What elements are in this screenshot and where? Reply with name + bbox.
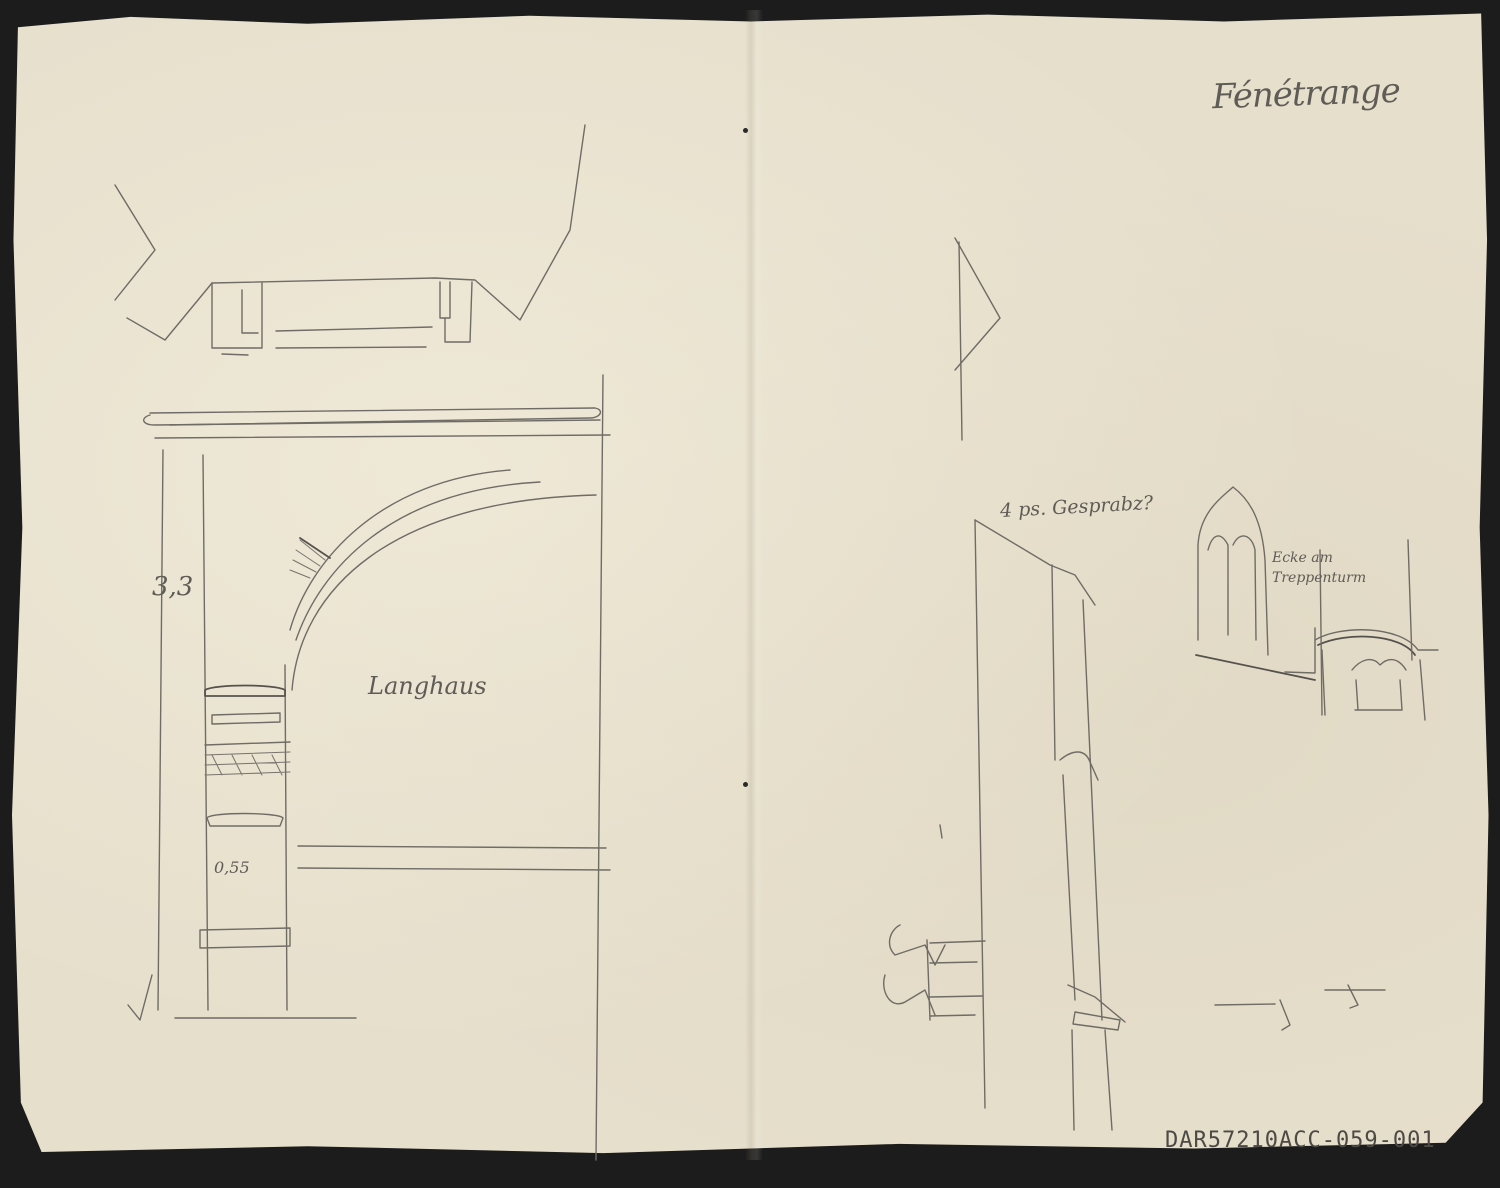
langhaus-elevation bbox=[128, 375, 610, 1160]
handwritten-title: Fénétrange bbox=[1211, 71, 1400, 118]
pencil-drawing bbox=[0, 0, 1500, 1188]
plan-sketch-top-left bbox=[115, 125, 585, 355]
corbel-sketch-lower bbox=[884, 925, 985, 1020]
small-marks-bottom-right bbox=[1215, 985, 1385, 1030]
label-corner-note: Ecke am Treppenturm bbox=[1272, 548, 1366, 588]
label-corner-note-line1: Ecke am bbox=[1272, 548, 1366, 568]
label-corner-note-line2: Treppenturm bbox=[1272, 568, 1366, 588]
label-langhaus: Langhaus bbox=[368, 672, 487, 700]
gothic-window-sketch bbox=[1196, 487, 1438, 720]
label-width-dimension: 0,55 bbox=[214, 858, 250, 877]
label-height-dimension: 3,3 bbox=[152, 572, 193, 602]
catalog-number: DAR57210ACC-059-001 bbox=[1165, 1128, 1436, 1153]
